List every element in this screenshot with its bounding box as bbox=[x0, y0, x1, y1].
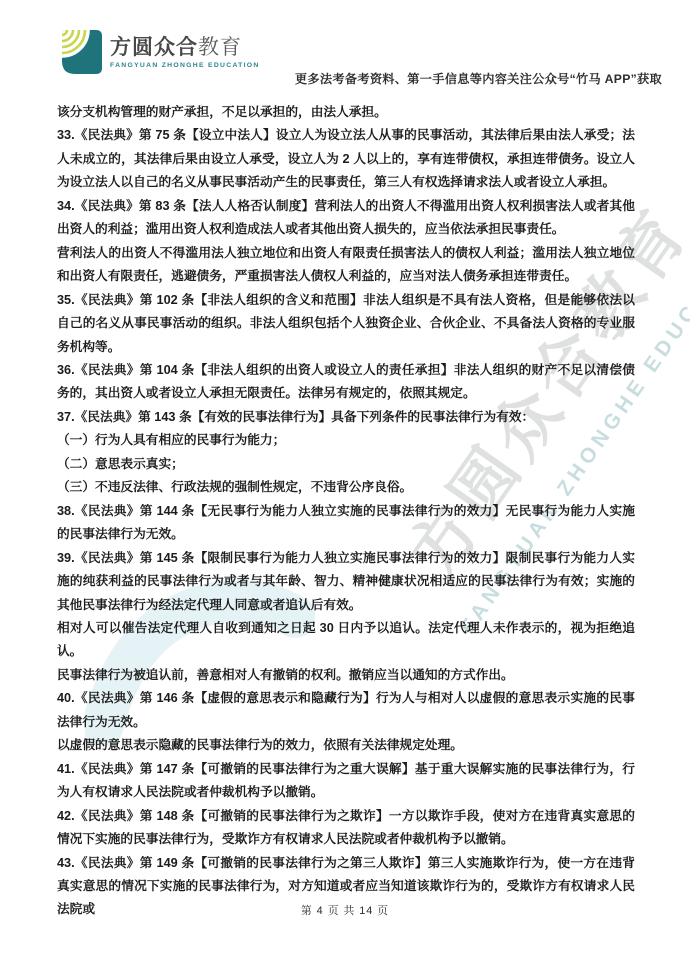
page-number: 第 4 页 共 14 页 bbox=[301, 905, 389, 917]
paragraph: 40.《民法典》第 146 条【虚假的意思表示和隐藏行为】行为人与相对人以虚假的… bbox=[57, 687, 635, 734]
paragraph: 以虚假的意思表示隐藏的民事法律行为的效力，依照有关法律规定处理。 bbox=[57, 734, 635, 757]
paragraph: 营利法人的出资人不得滥用法人独立地位和出资人有限责任损害法人的债权人利益；滥用法… bbox=[57, 242, 635, 289]
paragraph: 37.《民法典》第 143 条【有效的民事法律行为】具备下列条件的民事法律行为有… bbox=[57, 406, 635, 429]
paragraph: 34.《民法典》第 83 条【法人人格否认制度】营利法人的出资人不得滥用出资人权… bbox=[57, 195, 635, 242]
logo-shell-icon bbox=[62, 30, 102, 74]
logo: 方圆众合教育 FANGYUAN ZHONGHE EDUCATION bbox=[62, 30, 260, 74]
paragraph: 42.《民法典》第 148 条【可撤销的民事法律行为之欺诈】一方以欺诈手段，使对… bbox=[57, 805, 635, 852]
logo-name-cn-bold: 方圆众合 bbox=[110, 36, 198, 59]
paragraph: （一）行为人具有相应的民事行为能力； bbox=[57, 429, 635, 452]
paragraph: 相对人可以催告法定代理人自收到通知之日起 30 日内予以追认。法定代理人未作表示… bbox=[57, 617, 635, 664]
page-footer: 第 4 页 共 14 页 bbox=[0, 901, 690, 919]
paragraph: （二）意思表示真实； bbox=[57, 453, 635, 476]
paragraph: 36.《民法典》第 104 条【非法人组织的出资人或设立人的责任承担】非法人组织… bbox=[57, 359, 635, 406]
paragraph: 35.《民法典》第 102 条【非法人组织的含义和范围】非法人组织是不具有法人资… bbox=[57, 289, 635, 359]
paragraph: （三）不违反法律、行政法规的强制性规定，不违背公序良俗。 bbox=[57, 476, 635, 499]
paragraph: 民事法律行为被追认前，善意相对人有撤销的权利。撤销应当以通知的方式作出。 bbox=[57, 664, 635, 687]
logo-name-cn-light: 教育 bbox=[198, 36, 242, 59]
paragraph: 39.《民法典》第 145 条【限制民事行为能力人独立实施民事法律行为的效力】限… bbox=[57, 547, 635, 617]
logo-name-cn: 方圆众合教育 bbox=[110, 36, 260, 60]
logo-subtitle-en: FANGYUAN ZHONGHE EDUCATION bbox=[110, 62, 260, 69]
header-tagline: 更多法考备考资料、第一手信息等内容关注公众号“竹马 APP”获取 bbox=[295, 70, 662, 87]
paragraph: 33.《民法典》第 75 条【设立中法人】设立人为设立法人从事的民事活动，其法律… bbox=[57, 124, 635, 194]
logo-text: 方圆众合教育 FANGYUAN ZHONGHE EDUCATION bbox=[110, 36, 260, 69]
paragraph: 41.《民法典》第 147 条【可撤销的民事法律行为之重大误解】基于重大误解实施… bbox=[57, 758, 635, 805]
document-page: 方圆众合教育 FANGYUAN ZHONGHE EDUCATION bbox=[0, 0, 690, 976]
document-body: 该分支机构管理的财产承担，不足以承担的，由法人承担。33.《民法典》第 75 条… bbox=[57, 101, 635, 922]
paragraph: 该分支机构管理的财产承担，不足以承担的，由法人承担。 bbox=[57, 101, 635, 124]
paragraph: 38.《民法典》第 144 条【无民事行为能力人独立实施的民事法律行为的效力】无… bbox=[57, 500, 635, 547]
